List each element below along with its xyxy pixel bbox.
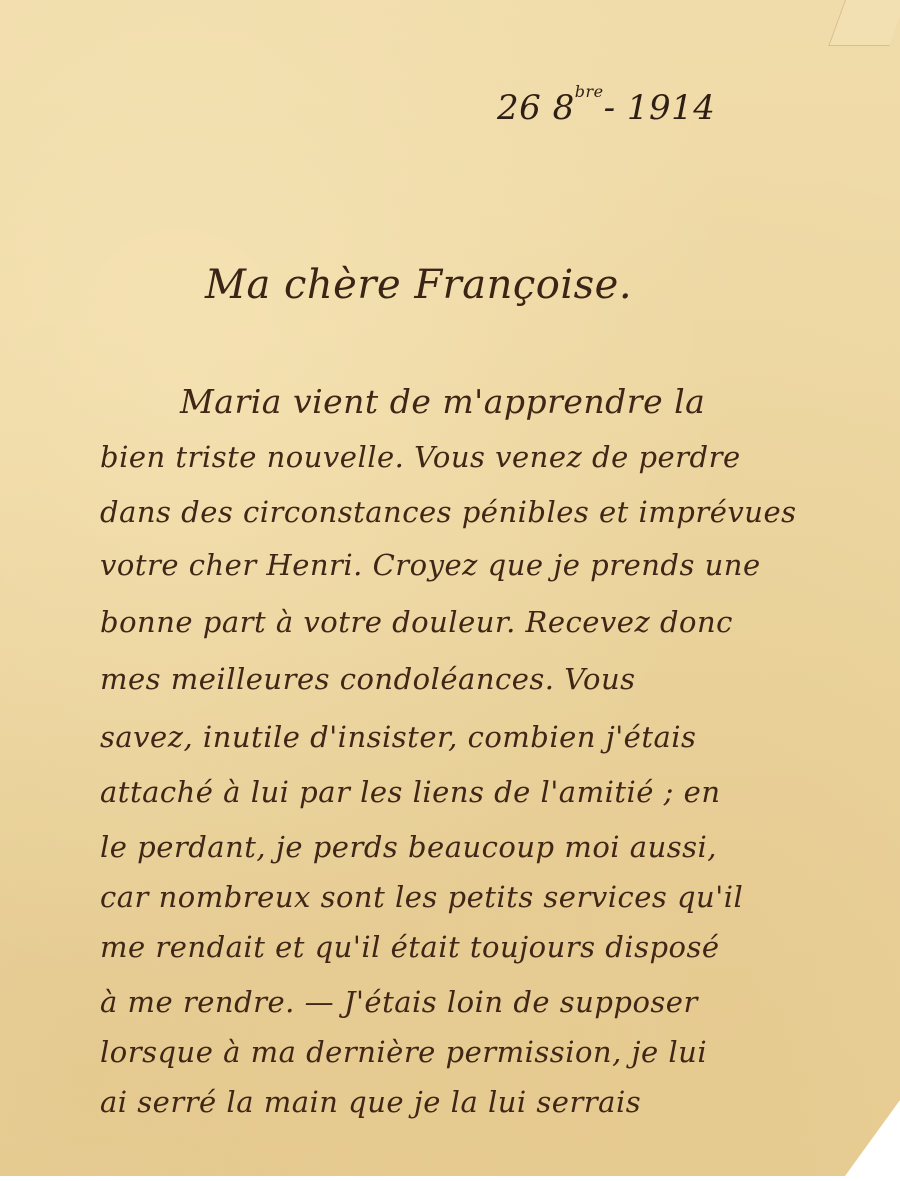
body-line: attaché à lui par les liens de l'amitié … — [100, 775, 721, 809]
date-month-suffix: bre — [575, 82, 604, 101]
body-line: le perdant, je perds beaucoup moi aussi, — [100, 830, 717, 864]
date-separator: - — [604, 88, 616, 128]
body-line: lorsque à ma dernière permission, je lui — [100, 1035, 707, 1069]
letter-salutation: Ma chère Françoise. — [205, 262, 632, 308]
body-line: bonne part à votre douleur. Recevez donc — [100, 605, 733, 639]
body-line: me rendait et qu'il était toujours dispo… — [100, 930, 720, 964]
body-line: votre cher Henri. Croyez que je prends u… — [100, 548, 761, 582]
body-line: bien triste nouvelle. Vous venez de perd… — [100, 440, 741, 474]
folded-corner — [828, 0, 900, 46]
body-line: savez, inutile d'insister, combien j'éta… — [100, 720, 696, 754]
body-line: ai serré la main que je la lui serrais — [100, 1085, 641, 1119]
letter-date: 26 8bre- 1914 — [497, 82, 715, 128]
letter-paper: 26 8bre- 1914 Ma chère Françoise. Maria … — [0, 0, 900, 1176]
body-line: à me rendre. — J'étais loin de supposer — [100, 985, 698, 1019]
date-day: 26 — [497, 88, 541, 128]
body-line: mes meilleures condoléances. Vous — [100, 662, 636, 696]
date-month: 8 — [553, 88, 575, 128]
body-line: Maria vient de m'apprendre la — [180, 382, 705, 421]
date-year: 1914 — [627, 88, 716, 128]
body-line: dans des circonstances pénibles et impré… — [100, 495, 797, 529]
body-line: car nombreux sont les petits services qu… — [100, 880, 743, 914]
